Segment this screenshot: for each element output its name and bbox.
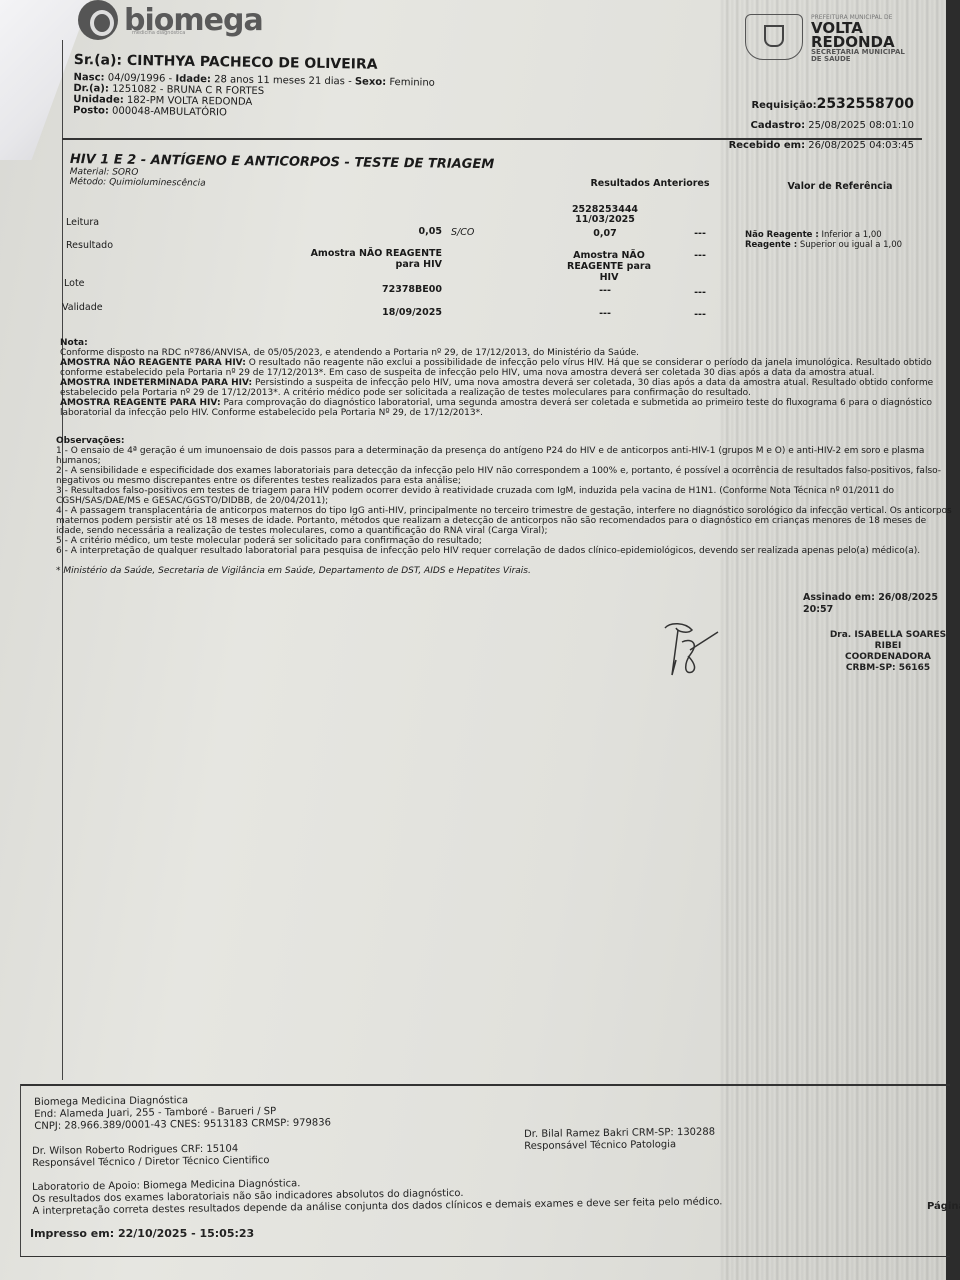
row-label: Leitura <box>66 217 99 228</box>
signer-name: Dra. ISABELLA SOARES RIBEI <box>816 630 960 652</box>
row-label: Lote <box>64 278 85 289</box>
received-date: 26/08/2025 04:03:45 <box>808 140 914 151</box>
patient-info: Sr.(a): CINTHYA PACHECO DE OLIVEIRA Nasc… <box>73 52 435 122</box>
signature-icon <box>660 620 730 680</box>
printed-at: Impresso em: 22/10/2025 - 15:05:23 <box>30 1228 254 1240</box>
page-label: Página <box>927 1201 960 1213</box>
reference-header: Valor de Referência <box>760 181 920 192</box>
patient-name: CINTHYA PACHECO DE OLIVEIRA <box>127 53 378 73</box>
row-label: Resultado <box>66 240 113 251</box>
signer-block: Dra. ISABELLA SOARES RIBEI COORDENADORA … <box>816 630 960 674</box>
method: Quimioluminescência <box>109 177 206 188</box>
birth-date: 04/09/1996 <box>108 73 166 85</box>
validity-value: 18/09/2025 <box>330 307 442 318</box>
coat-of-arms-icon <box>745 14 803 60</box>
observation-item: 2 - A sensibilidade e especificidade dos… <box>56 466 956 486</box>
cadastro-date: 25/08/2025 08:01:10 <box>808 120 914 131</box>
reference-values: Não Reagente : Inferior a 1,00 Reagente … <box>745 230 902 250</box>
request-info: Requisição:2532558700 Cadastro: 25/08/20… <box>729 94 914 156</box>
note-section: Nota: Conforme disposto na RDC nº786/ANV… <box>60 338 960 418</box>
prev-value: --- <box>680 287 720 298</box>
company-info: Biomega Medicina Diagnóstica End: Alamed… <box>34 1093 331 1133</box>
municipality-logo: PREFEITURA MUNICIPAL DE VOLTA REDONDA SE… <box>745 14 905 63</box>
exam-header: HIV 1 E 2 - ANTÍGENO E ANTICORPOS - TEST… <box>70 152 495 192</box>
lot-value: 72378BE00 <box>330 284 442 295</box>
prev-value: --- <box>680 250 720 261</box>
observation-item: 3 - Resultados falso-positivos em testes… <box>56 486 956 506</box>
prev-value: --- <box>560 285 650 296</box>
observation-item: 4 - A passagem transplacentária de antic… <box>56 506 956 536</box>
result-value: Amostra NÃO REAGENTE para HIV <box>300 248 442 270</box>
observation-item: 5 - A critério médico, um teste molecula… <box>56 536 956 546</box>
signed-at: Assinado em: 26/08/2025 20:57 <box>803 592 960 616</box>
prev-value: --- <box>560 308 650 319</box>
row-label: Validade <box>62 302 103 313</box>
prev-results-header: Resultados Anteriores <box>560 178 740 189</box>
prev-value: Amostra NÃO REAGENTE para HIV <box>565 250 653 283</box>
signer-role: COORDENADORA <box>816 652 960 663</box>
patient-name-line: Sr.(a): CINTHYA PACHECO DE OLIVEIRA <box>74 52 435 74</box>
report-page: biomega medicina diagnóstica PREFEITURA … <box>0 0 960 1280</box>
prev-value: --- <box>680 309 720 320</box>
reading-unit: S/CO <box>451 227 474 238</box>
signer-registry: CRBM-SP: 56165 <box>816 663 960 674</box>
footnote: * Ministério da Saúde, Secretaria de Vig… <box>56 566 956 576</box>
divider <box>20 1084 950 1086</box>
municipality-line2: REDONDA <box>811 35 905 49</box>
pathology-director: Dr. Bilal Ramez Bakri CRM-SP: 130288 Res… <box>524 1127 715 1153</box>
prev-date: 11/03/2025 <box>560 214 650 225</box>
request-number: 2532558700 <box>817 96 914 112</box>
material: SORO <box>112 168 138 178</box>
lab-tagline: medicina diagnóstica <box>132 30 185 36</box>
technical-director: Dr. Wilson Roberto Rodrigues CRF: 15104 … <box>32 1143 270 1170</box>
sex: Feminino <box>389 77 435 89</box>
municipality-sub2: DE SAÚDE <box>811 56 905 63</box>
biomega-logo-icon <box>78 0 118 40</box>
frame-line <box>20 1084 21 1256</box>
prev-value: --- <box>680 228 720 239</box>
observation-item: 6 - A interpretação de qualquer resultad… <box>56 546 956 556</box>
reading-value: 0,05 <box>330 226 442 237</box>
post: 000048-AMBULATÓRIO <box>112 106 227 119</box>
prev-value: 0,07 <box>560 228 650 239</box>
observation-item: 1 - O ensaio de 4ª geração é um imunoens… <box>56 446 956 466</box>
disclaimers: Laboratorio de Apoio: Biomega Medicina D… <box>32 1172 723 1218</box>
divider <box>20 1256 950 1257</box>
observations-section: Observações: 1 - O ensaio de 4ª geração … <box>56 436 956 576</box>
